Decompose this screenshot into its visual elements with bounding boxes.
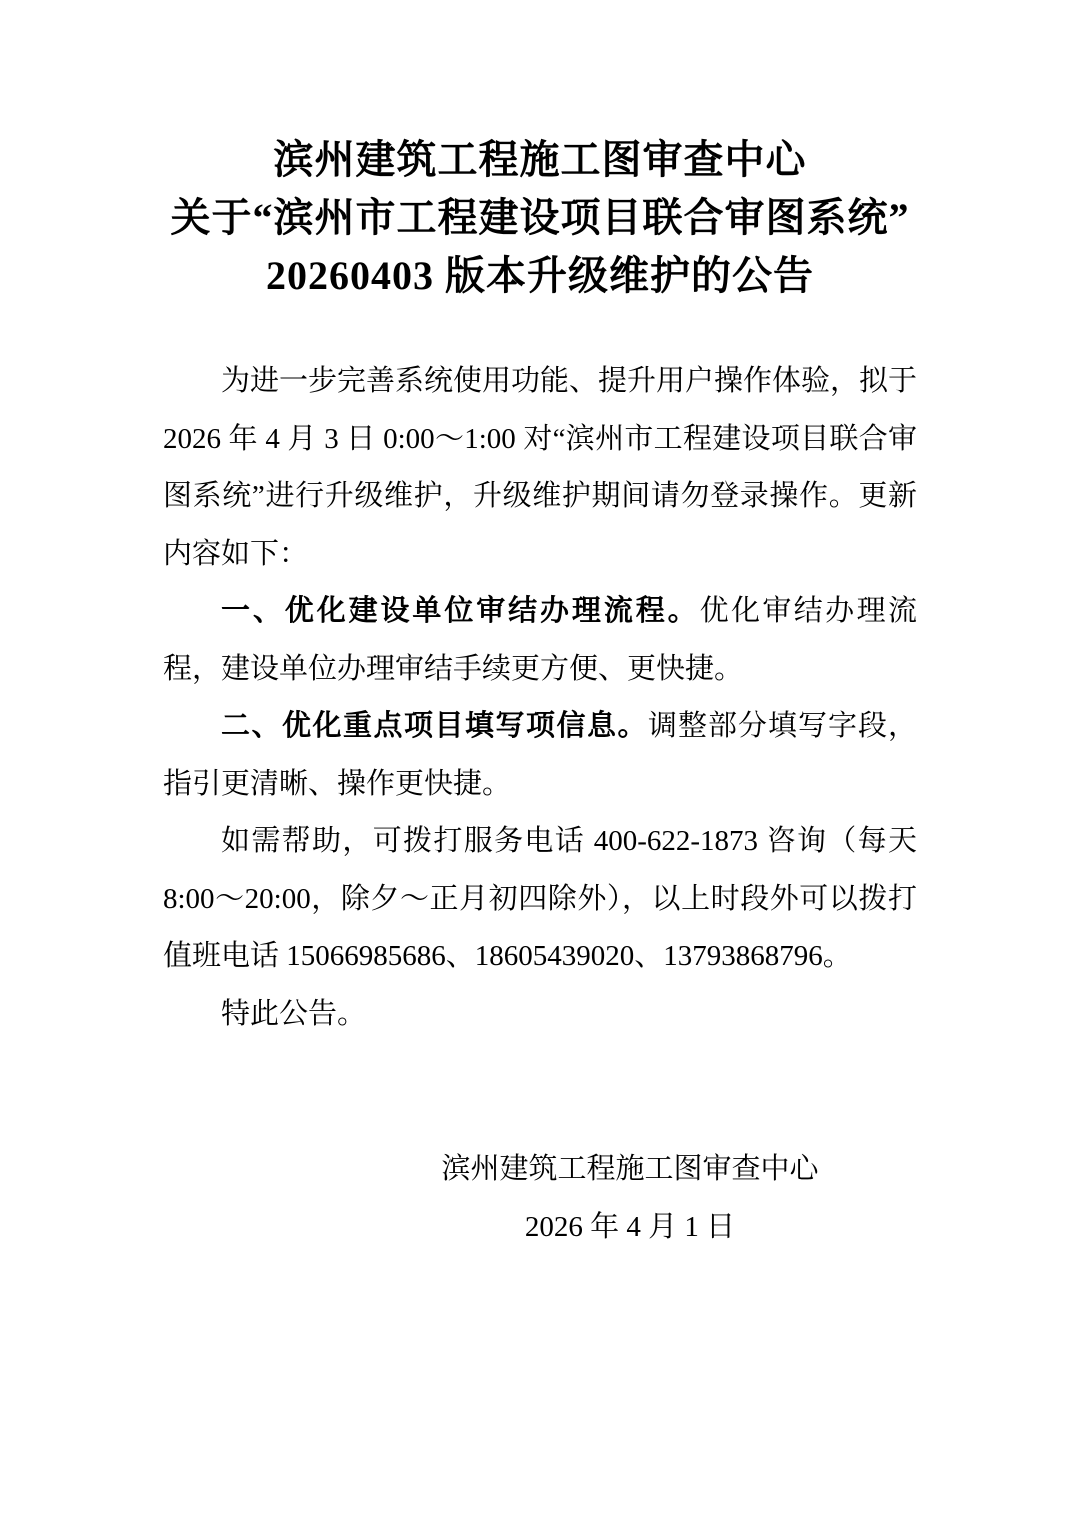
document-body: 为进一步完善系统使用功能、提升用户操作体验，拟于 2026 年 4 月 3 日 … (163, 353, 917, 1043)
title-line-subject: 关于“滨州市工程建设项目联合审图系统” (163, 189, 917, 247)
document-title: 滨州建筑工程施工图审查中心 关于“滨州市工程建设项目联合审图系统” 202604… (163, 131, 917, 305)
signature-date: 2026 年 4 月 1 日 (343, 1199, 917, 1257)
paragraph-item-1: 一、优化建设单位审结办理流程。优化审结办理流程，建设单位办理审结手续更方便、更快… (163, 583, 917, 698)
announcement-page: 滨州建筑工程施工图审查中心 关于“滨州市工程建设项目联合审图系统” 202604… (0, 0, 1080, 1527)
document-content: 滨州建筑工程施工图审查中心 关于“滨州市工程建设项目联合审图系统” 202604… (0, 0, 1080, 1256)
title-line-version: 20260403 版本升级维护的公告 (163, 247, 917, 305)
signature-org: 滨州建筑工程施工图审查中心 (343, 1141, 917, 1199)
signature-block: 滨州建筑工程施工图审查中心 2026 年 4 月 1 日 (163, 1141, 917, 1256)
item-2-heading: 二、优化重点项目填写项信息。 (221, 710, 648, 742)
title-line-org: 滨州建筑工程施工图审查中心 (163, 131, 917, 189)
paragraph-closing: 特此公告。 (163, 986, 917, 1044)
paragraph-intro: 为进一步完善系统使用功能、提升用户操作体验，拟于 2026 年 4 月 3 日 … (163, 353, 917, 583)
paragraph-help: 如需帮助，可拨打服务电话 400-622-1873 咨询（每天 8:00～20:… (163, 813, 917, 986)
paragraph-item-2: 二、优化重点项目填写项信息。调整部分填写字段，指引更清晰、操作更快捷。 (163, 698, 917, 813)
item-1-heading: 一、优化建设单位审结办理流程。 (221, 595, 700, 627)
